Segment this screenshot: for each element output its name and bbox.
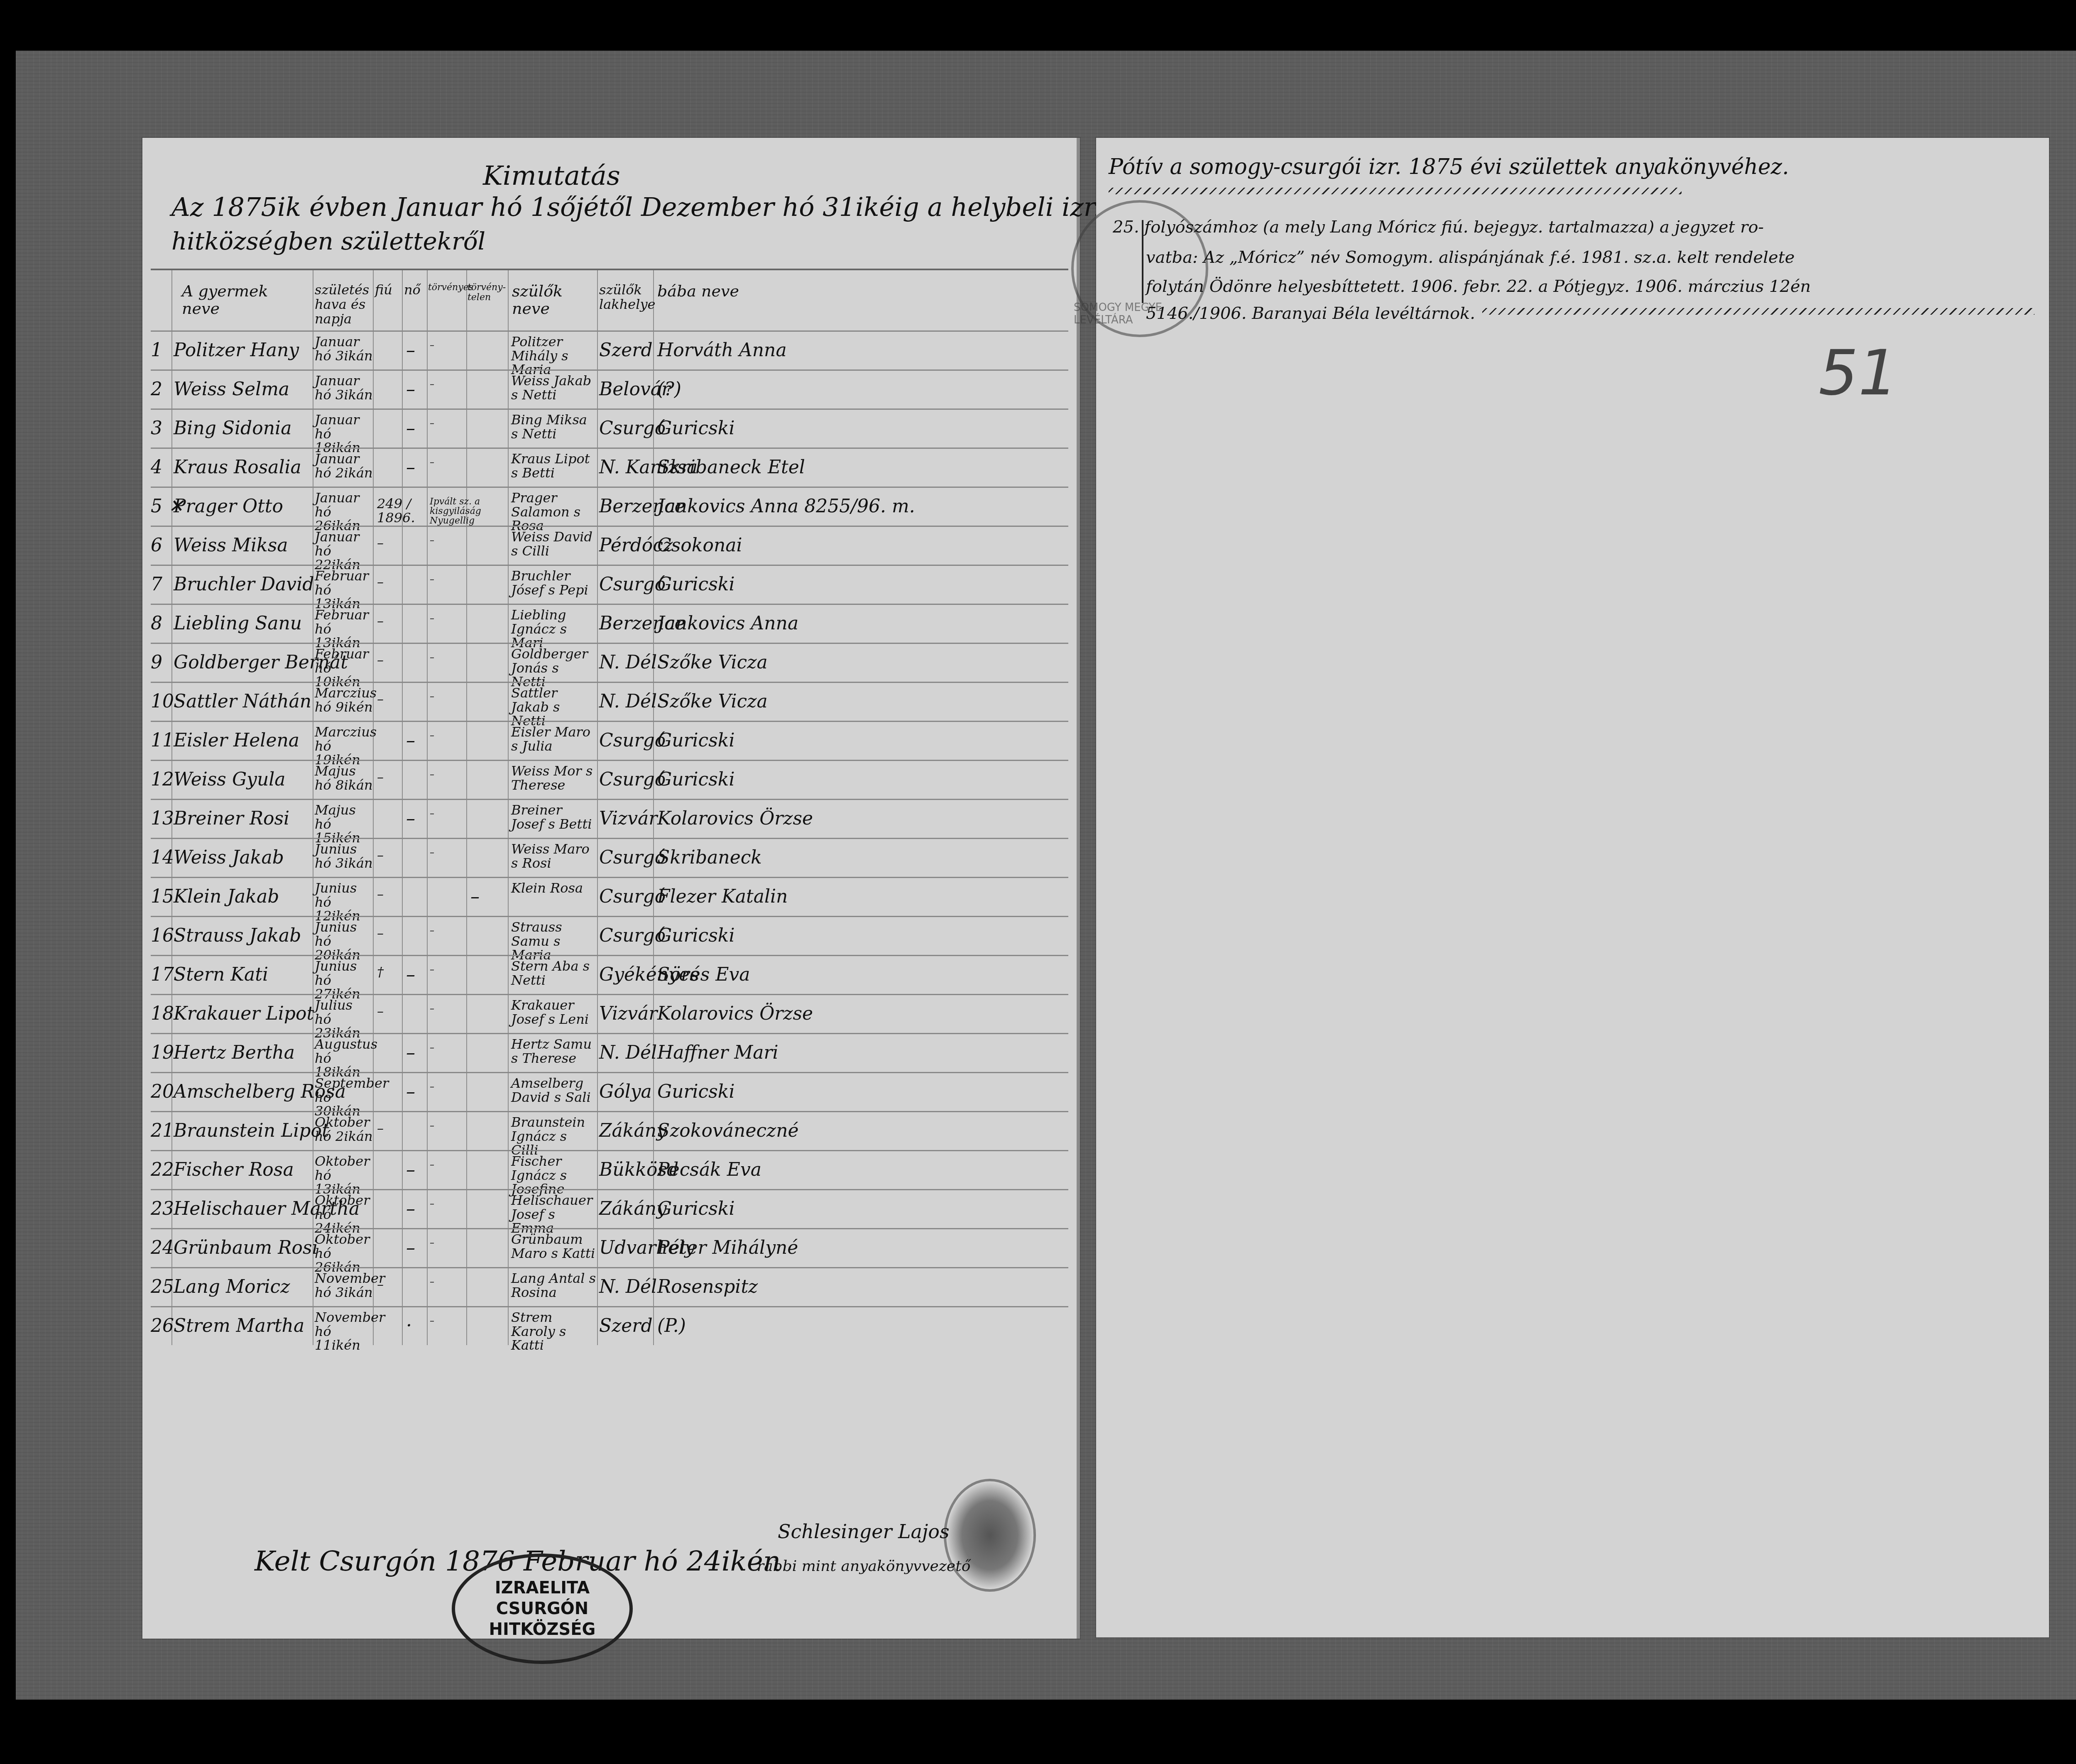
table-row: 16Strauss JakabJunius hó 20ikán––Strauss… [151, 916, 1068, 955]
girl-mark: – [406, 965, 415, 984]
row-number: 14 [151, 848, 174, 867]
boy-mark: – [377, 1004, 423, 1018]
child-name: Strem Martha [174, 1316, 304, 1336]
row-number: 2 [151, 380, 162, 399]
legitimate-mark: – [430, 1004, 504, 1014]
table-row: 17Stern KatiJunius hó 27ikén†––Stern Aba… [151, 955, 1068, 994]
row-number: 22 [151, 1160, 174, 1179]
child-name: Eisler Helena [174, 731, 299, 750]
girl-mark: – [406, 380, 415, 399]
row-number: 24 [151, 1238, 174, 1258]
child-name: Hertz Bertha [174, 1043, 295, 1062]
table-row: 20Amschelberg RosaSeptember hó 30ikán––A… [151, 1072, 1068, 1111]
legitimate-mark: – [430, 965, 504, 975]
legitimate-mark: – [430, 692, 504, 702]
row-number: 26 [151, 1316, 174, 1336]
midwife-name: Jankovics Anna [657, 614, 798, 633]
table-row: 12Weiss GyulaMajus hó 8ikán––Weiss Mor s… [151, 760, 1068, 799]
legitimate-mark: – [430, 1277, 504, 1287]
boy-mark: – [377, 1121, 423, 1135]
legitimate-mark: – [430, 1199, 504, 1209]
table-row: 11Eisler HelenaMarczius hó 19ikén––Eisle… [151, 721, 1068, 760]
note-line-4: 5146./1906. Baranyai Béla levéltárnok. [1146, 304, 1475, 323]
stamp-line2: CSURGÓN [496, 1598, 589, 1619]
parents-name: Strem Karoly s Katti [511, 1311, 596, 1353]
table-row: 9Goldberger BernátFebruar hó 10ikén––Gol… [151, 643, 1068, 682]
table-row: 26Strem MarthaNovember hó 11ikén·–Strem … [151, 1306, 1068, 1345]
header-legitimate: törvényes [428, 283, 465, 293]
midwife-name: (?) [657, 380, 681, 399]
child-name: Strauss Jakab [174, 926, 301, 945]
birth-date: Oktober hó 2ikán [315, 1116, 373, 1143]
midwife-name: Szőke Vicza [657, 653, 768, 672]
parents-name: Weiss Mor s Therese [511, 764, 596, 792]
child-name: Sattler Náthán [174, 692, 311, 711]
row-number: 9 [151, 653, 162, 672]
addendum-title: Pótív a somogy-csurgói izr. 1875 évi szü… [1109, 154, 1789, 179]
note-line-2: vatba: Az „Móricz” név Somogym. alispánj… [1146, 248, 1795, 267]
boy-mark: – [377, 614, 423, 628]
child-name: Weiss Gyula [174, 770, 286, 789]
table-row: 4Kraus RosaliaJanuar hó 2ikán––Kraus Lip… [151, 448, 1068, 487]
legitimate-mark: – [430, 1043, 504, 1053]
parents-name: Breiner Josef s Betti [511, 803, 596, 831]
stamp-line3: HITKÖZSÉG [489, 1619, 596, 1640]
residence: Csurgó [599, 848, 666, 867]
table-row: 1Politzer HanyJanuar hó 3ikán––Politzer … [151, 330, 1068, 369]
residence: N. Dél [599, 1043, 657, 1062]
parents-name: Weiss David s Cilli [511, 530, 596, 558]
row-number: 1 [151, 341, 162, 360]
parents-name: Hertz Samu s Therese [511, 1037, 596, 1065]
register-heading-line2: hitközségben születtekről [171, 227, 485, 255]
row-number: 18 [151, 1004, 174, 1023]
table-row: 18Krakauer LipotJulius hó 23ikán––Krakau… [151, 994, 1068, 1033]
girl-mark: · [406, 1316, 412, 1336]
table-row: 25Lang MoriczNovember hó 3ikán––Lang Ant… [151, 1267, 1068, 1306]
row-number: 7 [151, 575, 162, 594]
parents-name: Weiss Jakab s Netti [511, 374, 596, 402]
table-row: 23Helischauer MarthaOktober hó 24ikén––H… [151, 1189, 1068, 1228]
child-name: Weiss Miksa [174, 536, 288, 555]
boy-mark: – [377, 926, 423, 940]
table-row: 22Fischer RosaOktober hó 13ikán––Fischer… [151, 1150, 1068, 1189]
legitimate-mark: – [430, 419, 504, 428]
rabbi-signature: Schlesinger Lajos [778, 1520, 950, 1543]
midwife-name: Csokonai [657, 536, 742, 555]
table-row: 5 ✕Prager OttoJanuar hó 26ikán249 / 1896… [151, 487, 1068, 526]
residence: Gólya [599, 1082, 652, 1101]
boy-mark: – [377, 770, 423, 784]
girl-mark: – [406, 1160, 415, 1179]
parents-name: Kraus Lipot s Betti [511, 452, 596, 480]
row-number: 19 [151, 1043, 174, 1062]
parents-name: Lang Antal s Rosina [511, 1272, 596, 1299]
parents-name: Grünbaum Maro s Katti [511, 1233, 596, 1260]
midwife-name: Pecsák Eva [657, 1160, 761, 1179]
table-row: 19Hertz BerthaAugustus hó 18ikán––Hertz … [151, 1033, 1068, 1072]
midwife-name: Guricski [657, 770, 735, 789]
header-boy: fiú [375, 283, 400, 297]
parents-name: Bruchler Jósef s Pepi [511, 569, 596, 597]
row-number: 16 [151, 926, 174, 945]
birth-date: Januar hó 3ikán [315, 335, 373, 363]
community-stamp: IZRAELITA CSURGÓN HITKÖZSÉG [452, 1554, 633, 1664]
register-heading-line1: Az 1875ik évben Januar hó 1sőjétől Dezem… [171, 192, 1101, 222]
legitimate-mark: – [430, 1121, 504, 1131]
table-row: 7Bruchler DavidFebruar hó 13ikán––Bruchl… [151, 565, 1068, 604]
midwife-name: Horváth Anna [657, 341, 787, 360]
parents-name: Bing Miksa s Netti [511, 413, 596, 441]
row-number: 8 [151, 614, 162, 633]
child-name: Grünbaum Rosi [174, 1238, 318, 1258]
midwife-name: Guricski [657, 731, 735, 750]
row-number: 25 [151, 1277, 174, 1297]
midwife-name: Skribaneck [657, 848, 762, 867]
header-birth-date: születés hava és napja [315, 283, 373, 327]
legitimate-mark: – [430, 731, 504, 741]
midwife-name: Guricski [657, 1082, 735, 1101]
register-title: Kimutatás [483, 161, 620, 191]
boy-mark: – [377, 653, 423, 667]
legitimate-mark: – [430, 926, 504, 936]
child-name: Weiss Jakab [174, 848, 284, 867]
row-number: 15 [151, 887, 174, 906]
table-row: 15Klein JakabJunius hó 12ikén––Klein Ros… [151, 877, 1068, 916]
parents-name: Klein Rosa [511, 881, 596, 895]
midwife-name: Skribaneck Etel [657, 458, 805, 477]
table-row: 13Breiner RosiMajus hó 15ikén––Breiner J… [151, 799, 1068, 838]
midwife-name: Kolarovics Örzse [657, 1004, 813, 1023]
header-residence: szülők lakhelye [599, 283, 653, 312]
child-name: Fischer Rosa [174, 1160, 294, 1179]
residence: N. Dél [599, 1277, 657, 1297]
girl-mark: – [406, 341, 415, 360]
legitimate-mark: – [430, 770, 504, 780]
row-number: 10 [151, 692, 174, 711]
child-name: Weiss Selma [174, 380, 289, 399]
girl-mark: – [406, 731, 415, 750]
boy-mark: 249 / 1896. [377, 497, 423, 525]
legitimate-mark: – [430, 1238, 504, 1248]
legitimate-mark: – [430, 1160, 504, 1170]
midwife-name: Sörés Eva [657, 965, 750, 984]
girl-mark: – [406, 1082, 415, 1101]
child-name: Kraus Rosalia [174, 458, 301, 477]
legitimate-mark: – [430, 575, 504, 585]
midwife-name: Guricski [657, 575, 735, 594]
girl-mark: – [406, 809, 415, 828]
birth-register-table: A gyermek neve születés hava és napja fi… [151, 269, 1068, 1345]
child-name: Krakauer Lipot [174, 1004, 314, 1023]
header-illegitimate: törvény-telen [468, 283, 507, 303]
residence: Vizvár [599, 1004, 657, 1023]
midwife-name: Haffner Mari [657, 1043, 778, 1062]
child-name: Prager Otto [174, 497, 283, 516]
girl-mark: – [406, 1238, 415, 1258]
child-name: Braunstein Lipot [174, 1121, 329, 1140]
birth-date: November hó 11ikén [315, 1311, 373, 1353]
legitimate-mark: Ipvált sz. a kisgyiláság Nyugellig [430, 497, 504, 526]
child-name: Klein Jakab [174, 887, 279, 906]
girl-mark: – [406, 458, 415, 477]
midwife-name: (P.) [657, 1316, 686, 1336]
residence: Zákány [599, 1199, 667, 1218]
residence: Szerd [599, 341, 653, 360]
legitimate-mark: – [430, 458, 504, 467]
midwife-name: Guricski [657, 1199, 735, 1218]
row-number: 6 [151, 536, 162, 555]
birth-date: Januar hó 3ikán [315, 374, 373, 402]
boy-mark: – [377, 536, 423, 550]
girl-mark: – [406, 419, 415, 438]
signature-role: rabbi mint anyakönyvvezető [757, 1558, 970, 1575]
child-name: Bing Sidonia [174, 419, 291, 438]
parents-name: Amselberg David s Sali [511, 1077, 596, 1104]
row-number: 3 [151, 419, 162, 438]
birth-date: Junius hó 3ikán [315, 842, 373, 870]
boy-mark: † [377, 965, 423, 979]
table-body: 1Politzer HanyJanuar hó 3ikán––Politzer … [151, 330, 1068, 1345]
child-name: Bruchler David [174, 575, 314, 594]
midwife-name: Kolarovics Örzse [657, 809, 813, 828]
note-line-1: 25. folyószámhoz (a mely Lang Móricz fiú… [1113, 218, 1764, 237]
page-number-mark: 51 [1819, 337, 1898, 409]
birth-date: Majus hó 8ikán [315, 764, 373, 792]
right-page-addendum: Pótív a somogy-csurgói izr. 1875 évi szü… [1096, 138, 2049, 1637]
row-number: 13 [151, 809, 174, 828]
boy-mark: – [377, 575, 423, 589]
table-row: 21Braunstein LipotOktober hó 2ikán––Brau… [151, 1111, 1068, 1150]
residence: Zákány [599, 1121, 667, 1140]
table-row: 3Bing SidoniaJanuar hó 18ikán––Bing Miks… [151, 409, 1068, 448]
girl-mark: – [406, 1199, 415, 1218]
child-name: Liebling Sanu [174, 614, 302, 633]
child-name: Lang Moricz [174, 1277, 290, 1297]
legitimate-mark: – [430, 614, 504, 624]
header-child-name: A gyermek neve [182, 283, 306, 318]
table-row: 14Weiss JakabJunius hó 3ikán––Weiss Maro… [151, 838, 1068, 877]
child-name: Stern Kati [174, 965, 268, 984]
residence: N. Dél [599, 653, 657, 672]
title-underline [1109, 188, 1682, 194]
boy-mark: – [377, 1277, 423, 1292]
residence: Csurgó [599, 887, 666, 906]
residence: Csurgó [599, 926, 666, 945]
child-name: Breiner Rosi [174, 809, 289, 828]
illegitimate-mark: – [470, 887, 480, 906]
midwife-name: Rosenspitz [657, 1277, 758, 1297]
header-parents: szülők neve [512, 283, 595, 318]
note-underline [1482, 308, 2034, 315]
girl-mark: – [406, 1043, 415, 1062]
left-page-register: Kimutatás Az 1875ik évben Januar hó 1sőj… [142, 138, 1080, 1639]
legitimate-mark: – [430, 809, 504, 819]
stamp-line1: IZRAELITA [495, 1578, 590, 1598]
boy-mark: – [377, 848, 423, 862]
table-header: A gyermek neve születés hava és napja fi… [151, 269, 1068, 330]
row-number: 12 [151, 770, 174, 789]
residence: Csurgó [599, 770, 666, 789]
table-row: 2Weiss SelmaJanuar hó 3ikán––Weiss Jakab… [151, 369, 1068, 409]
midwife-name: Guricski [657, 926, 735, 945]
legitimate-mark: – [430, 341, 504, 350]
parents-name: Eisler Maro s Julia [511, 725, 596, 753]
parents-name: Stern Aba s Netti [511, 959, 596, 987]
birth-date: Januar hó 2ikán [315, 452, 373, 480]
header-midwife: bába neve [657, 283, 782, 300]
table-row: 10Sattler NáthánMarczius hó 9ikén––Sattl… [151, 682, 1068, 721]
midwife-name: Szőke Vicza [657, 692, 768, 711]
residence: Csurgó [599, 419, 666, 438]
legitimate-mark: – [430, 1316, 504, 1326]
residence: Szerd [599, 1316, 653, 1336]
midwife-name: Péter Mihályné [657, 1238, 798, 1258]
wax-seal [944, 1479, 1036, 1592]
boy-mark: – [377, 887, 423, 901]
row-number: 17 [151, 965, 174, 984]
boy-mark: – [377, 692, 423, 706]
parents-name: Krakauer Josef s Leni [511, 998, 596, 1026]
midwife-name: Jankovics Anna 8255/96. m. [657, 497, 915, 516]
birth-date: Marczius hó 9ikén [315, 686, 373, 714]
birth-date: November hó 3ikán [315, 1272, 373, 1299]
table-row: 24Grünbaum RosiOktober hó 26ikán––Grünba… [151, 1228, 1068, 1267]
row-number: 20 [151, 1082, 174, 1101]
residence: Csurgó [599, 575, 666, 594]
note-line-3: folytán Ödönre helyesbíttetett. 1906. fe… [1146, 277, 1811, 296]
legitimate-mark: – [430, 536, 504, 546]
residence: Vizvár [599, 809, 657, 828]
legitimate-mark: – [430, 380, 504, 389]
row-number: 21 [151, 1121, 174, 1140]
legitimate-mark: – [430, 653, 504, 663]
midwife-name: Flezer Katalin [657, 887, 788, 906]
legitimate-mark: – [430, 1082, 504, 1092]
row-number: 4 [151, 458, 162, 477]
parents-name: Weiss Maro s Rosi [511, 842, 596, 870]
table-row: 8Liebling SanuFebruar hó 13ikán––Lieblin… [151, 604, 1068, 643]
residence: N. Dél [599, 692, 657, 711]
midwife-name: Szokováneczné [657, 1121, 799, 1140]
row-number: 11 [151, 731, 174, 750]
midwife-name: Guricski [657, 419, 735, 438]
residence: Csurgó [599, 731, 666, 750]
row-number: 23 [151, 1199, 174, 1218]
header-girl: nő [404, 283, 425, 297]
table-row: 6Weiss MiksaJanuar hó 22ikán––Weiss Davi… [151, 526, 1068, 565]
legitimate-mark: – [430, 848, 504, 858]
child-name: Politzer Hany [174, 341, 299, 360]
